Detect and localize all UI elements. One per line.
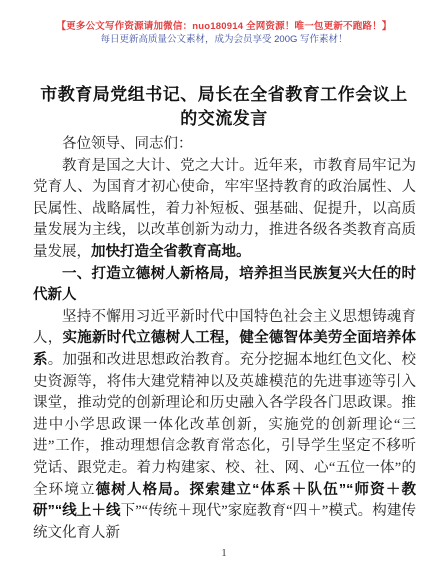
document-body: 教育是国之大计、党之大计。近年来，市教育局牢记为党育人、为国育才初心使命，牢牢坚… xyxy=(33,156,416,545)
document-page: 【更多公文写作资源请加微信：nuo180914 全网资源！唯一包更新不跑路！】 … xyxy=(0,0,448,580)
watermark-line1: 【更多公文写作资源请加微信：nuo180914 全网资源！唯一包更新不跑路！】 xyxy=(0,21,448,33)
watermark-header: 【更多公文写作资源请加微信：nuo180914 全网资源！唯一包更新不跑路！】 … xyxy=(0,0,448,46)
watermark-line2: 每日更新高质量公文素材，成为会员享受 200G 写作素材！ xyxy=(0,34,448,46)
page-number: 1 xyxy=(0,548,448,559)
text-run: 。加强和改进思想政治教育。充分挖掘本地红色文化、校史资源等，将伟大建党精神以及英… xyxy=(33,352,416,498)
document-title: 市教育局党组书记、局长在全省教育工作会议上的交流发言 xyxy=(33,83,415,130)
paragraph: 教育是国之大计、党之大计。近年来，市教育局牢记为党育人、为国育才初心使命，牢牢坚… xyxy=(33,156,416,264)
section-heading: 一、打造立德树人新格局，培养担当民族复兴大任的时代新人 xyxy=(33,264,416,307)
paragraph: 坚持不懈用习近平新时代中国特色社会主义思想铸魂育人，实施新时代立德树人工程，健全… xyxy=(33,307,416,545)
bold-run: 加快打造全省教育高地。 xyxy=(91,244,251,260)
document-content: 各位领导、同志们： 教育是国之大计、党之大计。近年来，市教育局牢记为党育人、为国… xyxy=(33,134,416,544)
salutation: 各位领导、同志们： xyxy=(33,134,416,156)
bold-run: 一、打造立德树人新格局，培养担当民族复兴大任的时代新人 xyxy=(33,266,416,304)
